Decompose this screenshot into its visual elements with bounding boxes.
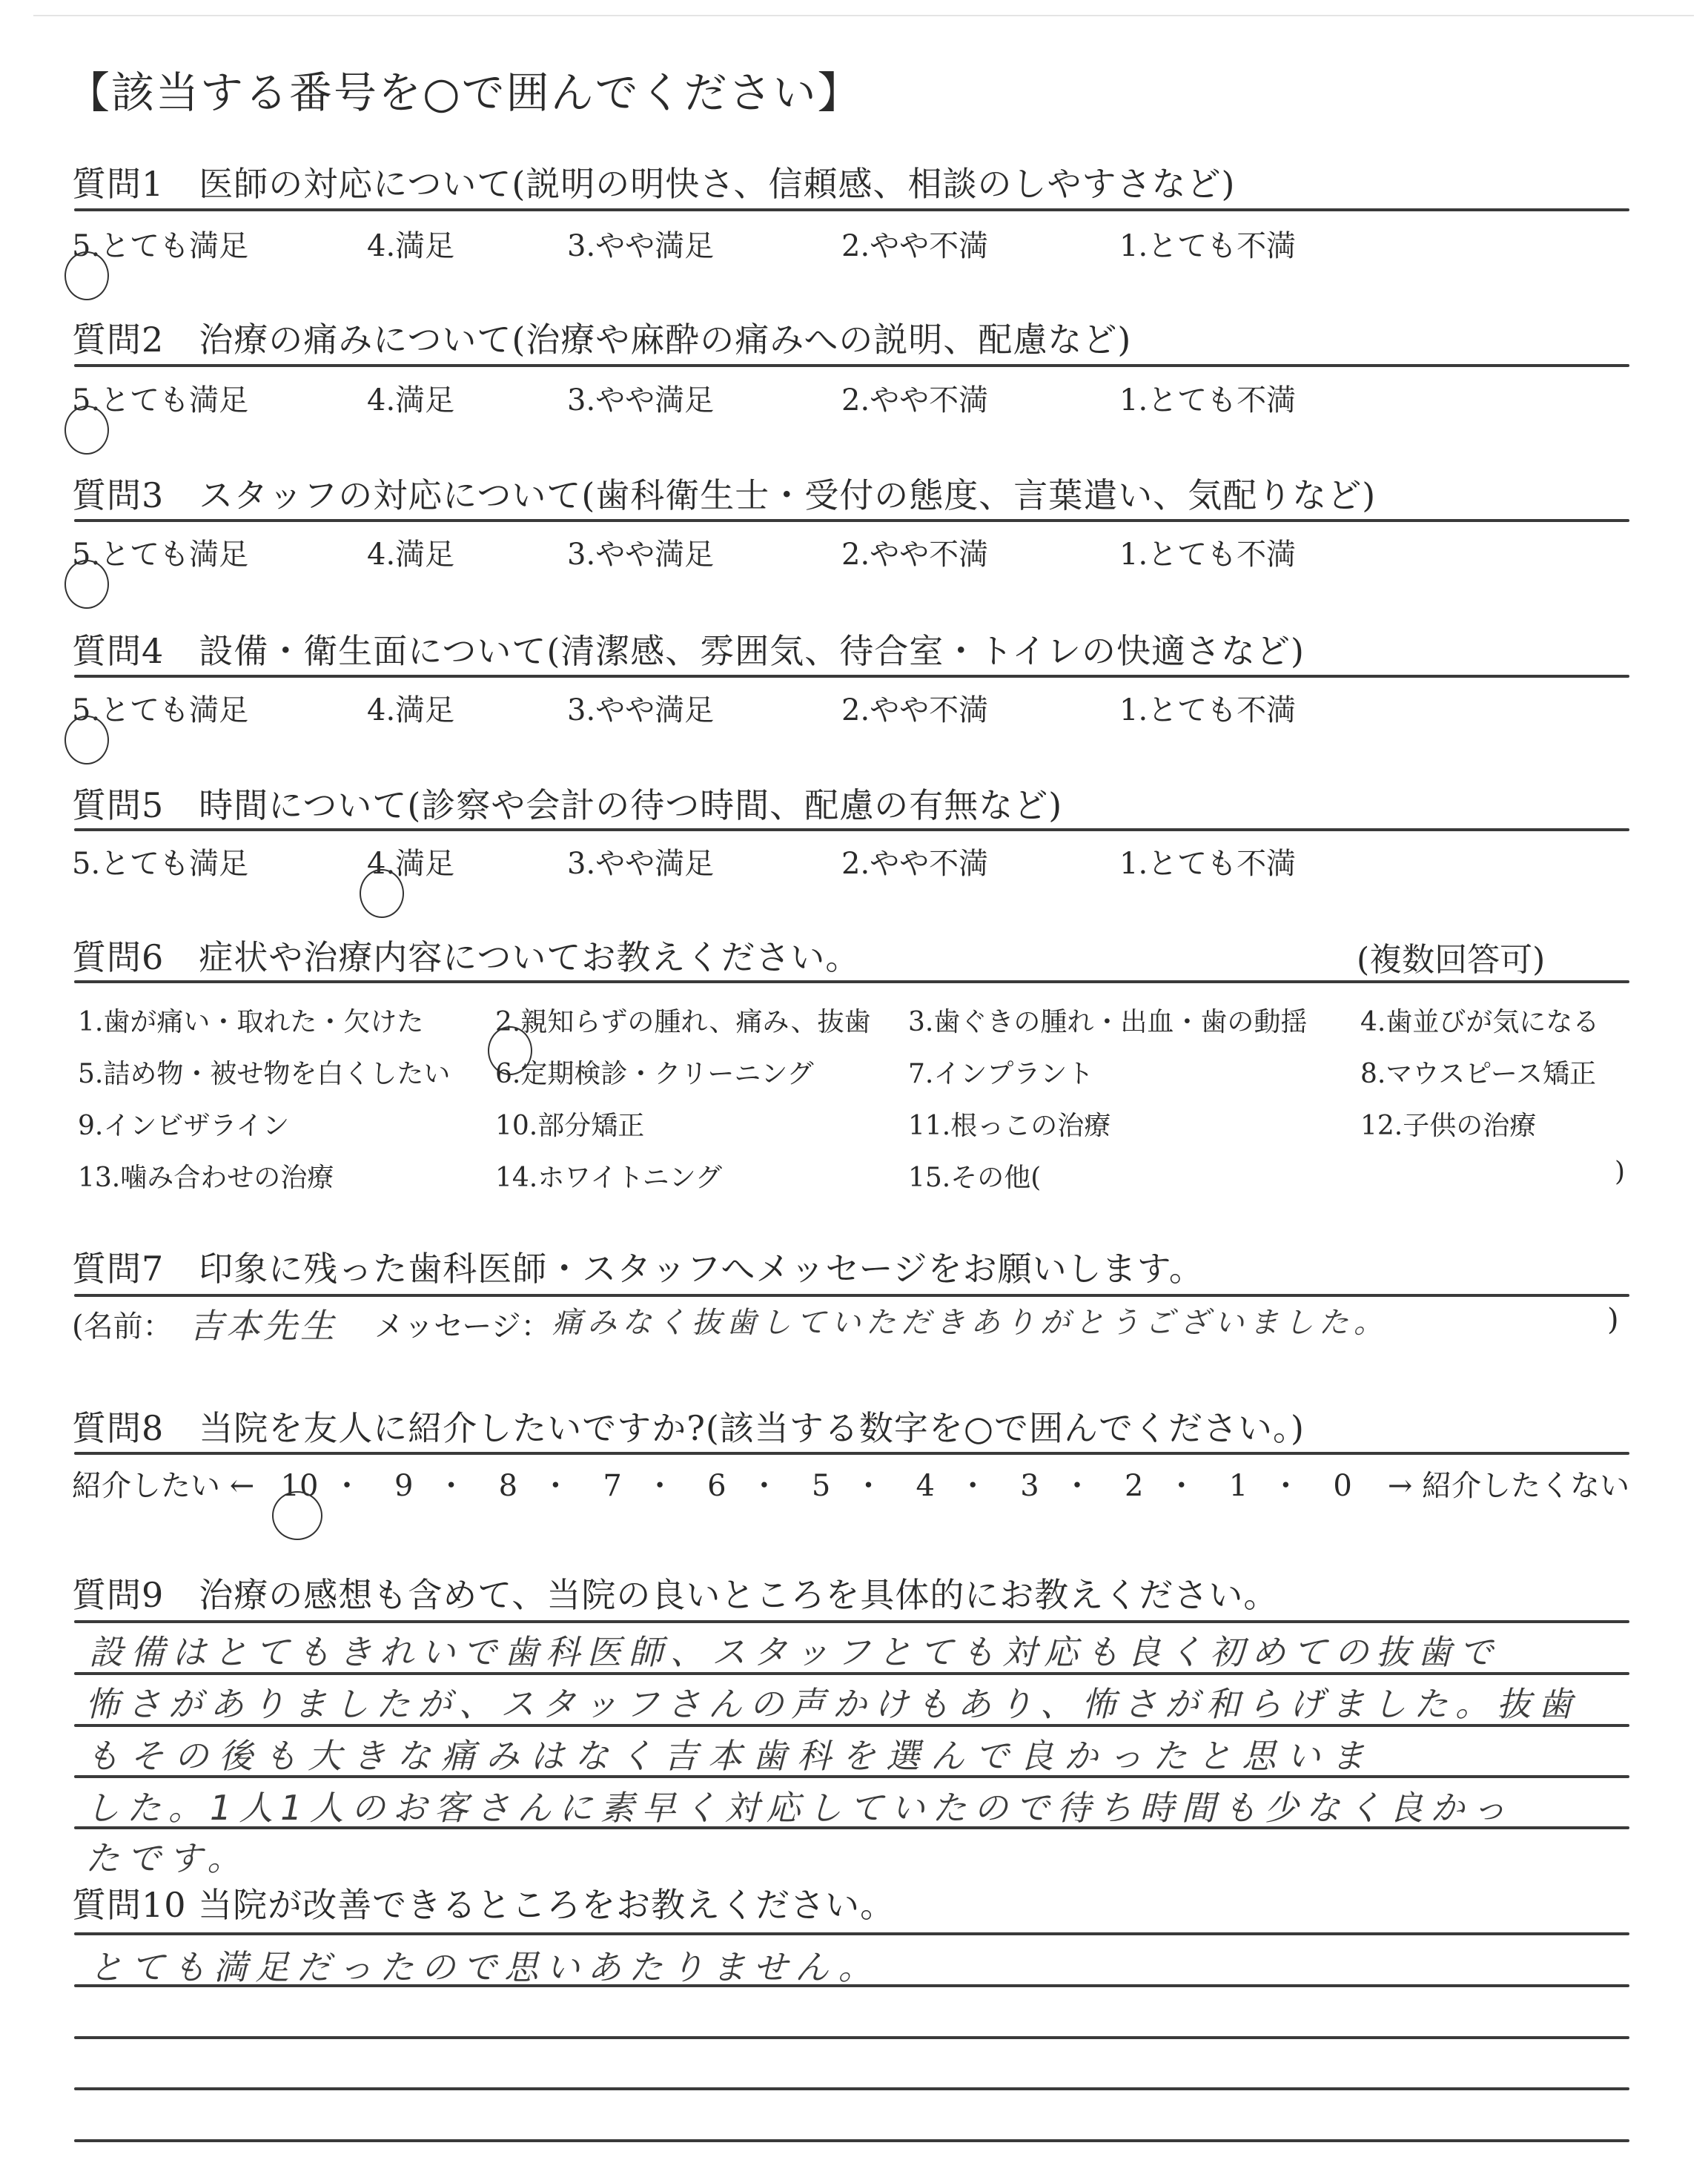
q6-item-11[interactable]: 11.根っこの治療 [908, 1105, 1110, 1143]
q10-rule-4 [74, 2139, 1629, 2142]
q4-option-2[interactable]: 2.やや不満 [841, 687, 988, 729]
q1-option-4[interactable]: 4.満足 [367, 222, 454, 265]
q4-rule [74, 675, 1629, 678]
q8-score-6[interactable]: 6 [698, 1469, 736, 1503]
q8-score-4[interactable]: 4 [906, 1469, 944, 1503]
q9-rule-2 [74, 1724, 1629, 1727]
q6-rule [74, 980, 1629, 983]
q9-answer-line-2[interactable]: 怖さがありましたが、スタッフさんの声かけもあり、怖さが和らげました。抜歯 [85, 1677, 1580, 1726]
q10-heading: 質問10 当院が改善できるところをお教えください。 [72, 1878, 895, 1927]
q6-item-12[interactable]: 12.子供の治療 [1360, 1105, 1536, 1143]
q7-message-label: メッセージ： [374, 1303, 551, 1345]
q3-option-5[interactable]: 5.とても満足 [72, 531, 248, 573]
q1-option-2[interactable]: 2.やや不満 [841, 222, 988, 265]
q8-score-5[interactable]: 5 [802, 1469, 841, 1503]
q6-item-9[interactable]: 9.インビザライン [78, 1105, 289, 1143]
q1-heading: 質問1 医師の対応について(説明の明快さ、信頼感、相談のしやすさなど) [72, 157, 1235, 206]
q3-option-3[interactable]: 3.やや満足 [567, 531, 714, 573]
q8-score-9[interactable]: 9 [385, 1469, 423, 1503]
q1-option-1[interactable]: 1.とても不満 [1119, 222, 1296, 265]
q5-option-4[interactable]: 4.満足 [367, 840, 454, 882]
q6-item-15-other[interactable]: 15.その他( [908, 1157, 1041, 1195]
q9-answer-line-4[interactable]: した。1人1人のお客さんに素早く対応していたので待ち時間も少なく良かっ [85, 1781, 1514, 1830]
q8-score-0[interactable]: 0 [1323, 1469, 1362, 1503]
q10-rule-3 [74, 2087, 1629, 2090]
q8-rule [74, 1452, 1629, 1455]
q2-option-3[interactable]: 3.やや満足 [567, 377, 714, 419]
q8-score-10[interactable]: 10 [280, 1469, 319, 1503]
q8-left-label: 紹介したい ← [72, 1462, 254, 1505]
q7-heading: 質問7 印象に残った歯科医師・スタッフへメッセージをお願いします。 [72, 1242, 1204, 1291]
q8-score-8[interactable]: 8 [489, 1469, 527, 1503]
q6-other-close-paren: ) [1615, 1157, 1625, 1187]
q8-score-3[interactable]: 3 [1010, 1469, 1049, 1503]
q10-rule-1 [74, 1984, 1629, 1987]
q2-rule [74, 364, 1629, 367]
q9-rule-1 [74, 1672, 1629, 1675]
q5-heading: 質問5 時間について(診察や会計の待つ時間、配慮の有無など) [72, 779, 1062, 828]
q1-rule [74, 208, 1629, 211]
q5-option-1[interactable]: 1.とても不満 [1119, 840, 1296, 882]
q6-item-5[interactable]: 5.詰め物・被せ物を白くしたい [78, 1053, 450, 1091]
q7-name-field[interactable]: 吉本先生 [189, 1299, 337, 1348]
page-top-border [33, 15, 1694, 16]
q8-right-label: → 紹介したくない [1388, 1462, 1629, 1505]
q2-heading: 質問2 治療の痛みについて(治療や麻酔の痛みへの説明、配慮など) [72, 313, 1131, 362]
q8-score-2[interactable]: 2 [1115, 1469, 1153, 1503]
q9-rule-4 [74, 1826, 1629, 1829]
q10-answer-line-1[interactable]: とても満足だったので思いあたりません。 [89, 1941, 880, 1989]
q2-option-1[interactable]: 1.とても不満 [1119, 377, 1296, 419]
q5-option-3[interactable]: 3.やや満足 [567, 840, 714, 882]
q7-close-paren: ) [1607, 1303, 1619, 1337]
q6-item-1[interactable]: 1.歯が痛い・取れた・欠けた [78, 1001, 423, 1039]
q9-answer-line-1[interactable]: 設備はとてもきれいで歯科医師、スタッフとても対応も良く初めての抜歯で [89, 1625, 1500, 1674]
q10-rule-0 [74, 1932, 1629, 1935]
q5-option-2[interactable]: 2.やや不満 [841, 840, 988, 882]
q6-heading: 質問6 症状や治療内容についてお教えください。 [72, 931, 860, 980]
q6-item-6[interactable]: 6.定期検診・クリーニング [495, 1053, 814, 1091]
q3-option-1[interactable]: 1.とても不満 [1119, 531, 1296, 573]
q6-item-7[interactable]: 7.インプラント [908, 1053, 1093, 1091]
q8-heading: 質問8 当院を友人に紹介したいですか?(該当する数字を○で囲んでください。) [72, 1401, 1305, 1450]
q3-option-2[interactable]: 2.やや不満 [841, 531, 988, 573]
q8-score-1[interactable]: 1 [1219, 1469, 1257, 1503]
q7-name-label: (名前： [72, 1303, 173, 1345]
q9-answer-line-3[interactable]: もその後も大きな痛みはなく吉本歯科を選んで良かったと思いま [85, 1729, 1375, 1778]
q4-option-4[interactable]: 4.満足 [367, 687, 454, 729]
q3-heading: 質問3 スタッフの対応について(歯科衛生士・受付の態度、言葉遣い、気配りなど) [72, 469, 1376, 518]
q4-option-5[interactable]: 5.とても満足 [72, 687, 248, 729]
q8-recommend-scale: 紹介したい ← 10・ 9・ 8・ 7・ 6・ 5・ 4・ 3・ 2・ 1・ 0… [72, 1462, 1629, 1505]
q2-option-2[interactable]: 2.やや不満 [841, 377, 988, 419]
q6-item-4[interactable]: 4.歯並びが気になる [1360, 1001, 1599, 1039]
q9-answer-line-5[interactable]: たです。 [85, 1832, 248, 1880]
q6-item-3[interactable]: 3.歯ぐきの腫れ・出血・歯の動揺 [908, 1001, 1307, 1039]
q4-heading: 質問4 設備・衛生面について(清潔感、雰囲気、待合室・トイレの快適さなど) [72, 624, 1305, 673]
q3-rule [74, 519, 1629, 522]
form-instruction-title: 【該当する番号を○で囲んでください】 [67, 58, 862, 120]
q9-rule-3 [74, 1775, 1629, 1778]
q4-option-1[interactable]: 1.とても不満 [1119, 687, 1296, 729]
q6-item-14[interactable]: 14.ホワイトニング [495, 1157, 722, 1195]
q7-rule [74, 1294, 1629, 1297]
q5-rule [74, 828, 1629, 831]
q6-item-8[interactable]: 8.マウスピース矯正 [1360, 1053, 1596, 1091]
q7-message-field[interactable]: 痛みなく抜歯していただきありがとうございました。 [552, 1299, 1388, 1341]
q9-rule-0 [74, 1620, 1629, 1623]
q8-score-7[interactable]: 7 [593, 1469, 632, 1503]
q1-option-3[interactable]: 3.やや満足 [567, 222, 714, 265]
q1-option-5[interactable]: 5.とても満足 [72, 222, 248, 265]
q6-item-2[interactable]: 2.親知らずの腫れ、痛み、抜歯 [495, 1001, 871, 1039]
q6-item-10[interactable]: 10.部分矯正 [495, 1105, 644, 1143]
q6-item-13[interactable]: 13.噛み合わせの治療 [78, 1157, 334, 1195]
q6-multiple-answers-note: (複数回答可) [1357, 933, 1545, 980]
q4-option-3[interactable]: 3.やや満足 [567, 687, 714, 729]
q9-heading: 質問9 治療の感想も含めて、当院の良いところを具体的にお教えください。 [72, 1568, 1278, 1617]
q2-option-5[interactable]: 5.とても満足 [72, 377, 248, 419]
q10-rule-2 [74, 2036, 1629, 2039]
q5-option-5[interactable]: 5.とても満足 [72, 840, 248, 882]
q2-option-4[interactable]: 4.満足 [367, 377, 454, 419]
q3-option-4[interactable]: 4.満足 [367, 531, 454, 573]
